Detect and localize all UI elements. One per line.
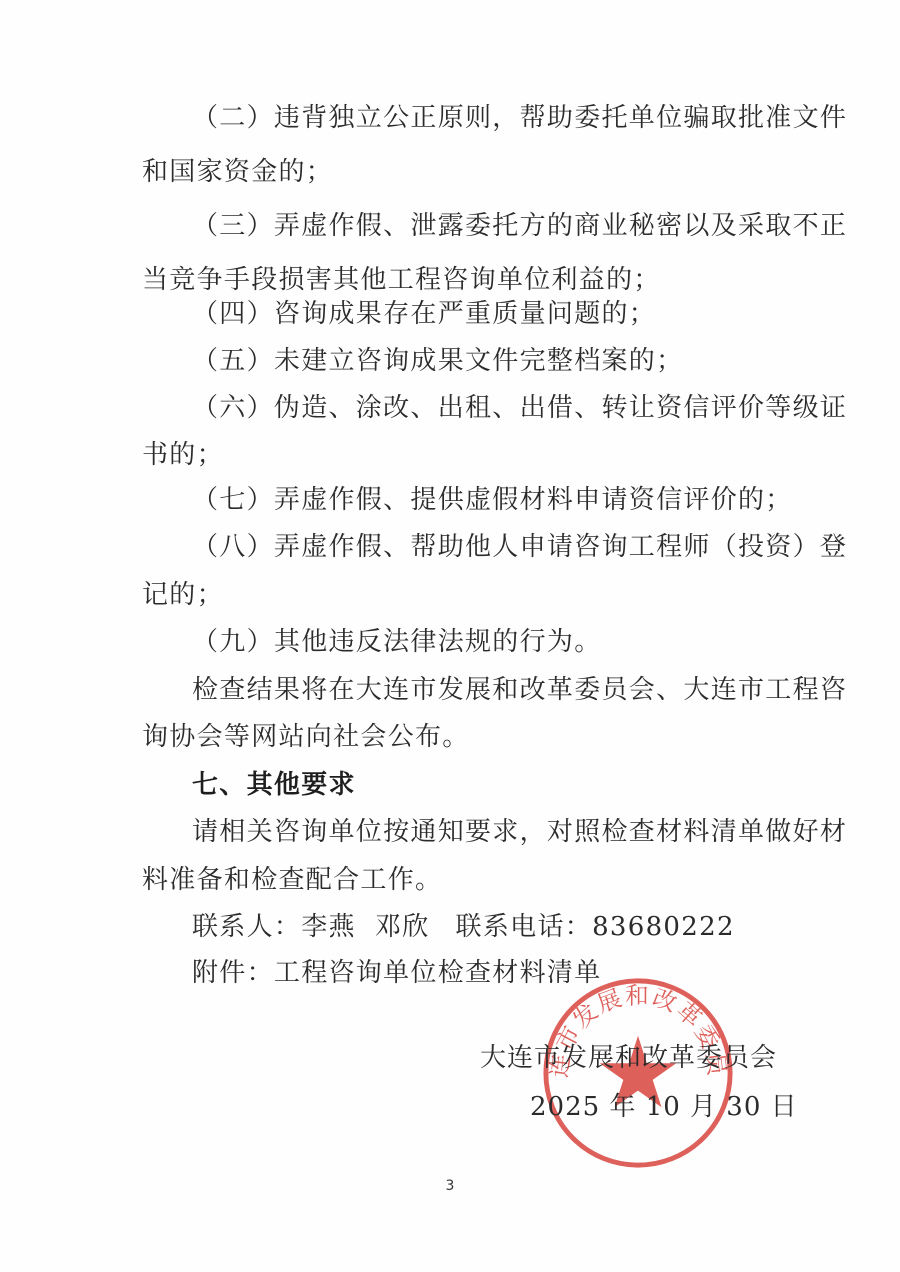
page-number: 3	[446, 1178, 455, 1194]
paragraph-line: 当竞争手段损害其他工程咨询单位利益的；	[142, 265, 782, 295]
attachment-line: 附件：工程咨询单位检查材料清单	[192, 958, 832, 988]
signing-organization: 大连市发展和改革委员会	[480, 1043, 777, 1073]
document-page: （二）违背独立公正原则，帮助委托单位骗取批准文件 和国家资金的； （三）弄虚作假…	[0, 0, 900, 1272]
paragraph-line: 记的；	[142, 580, 782, 610]
paragraph-line: （二）违背独立公正原则，帮助委托单位骗取批准文件	[192, 103, 832, 133]
attachment-label: 附件：	[192, 958, 274, 988]
paragraph-line: 检查结果将在大连市发展和改革委员会、大连市工程咨	[192, 675, 832, 705]
paragraph-line: 询协会等网站向社会公布。	[142, 722, 782, 752]
paragraph-line: （七）弄虚作假、提供虚假材料申请资信评价的；	[192, 485, 832, 515]
contact-names: 李燕 邓欣	[301, 912, 429, 942]
official-seal-icon: 大连市发展和改革委员会	[540, 975, 736, 1171]
paragraph-line: （五）未建立咨询成果文件完整档案的；	[192, 346, 832, 376]
signing-date: 2025 年 10 月 30 日	[530, 1092, 798, 1122]
paragraph-line: （六）伪造、涂改、出租、出借、转让资信评价等级证	[192, 393, 832, 423]
section-heading: 七、其他要求	[192, 770, 832, 800]
phone-number: 83680222	[592, 912, 735, 942]
paragraph-line: （八）弄虚作假、帮助他人申请咨询工程师（投资）登	[192, 532, 832, 562]
phone-label: 联系电话：	[456, 912, 593, 942]
paragraph-line: 书的；	[142, 440, 782, 470]
paragraph-line: （九）其他违反法律法规的行为。	[192, 627, 832, 657]
paragraph-line: 料准备和检查配合工作。	[142, 865, 782, 895]
contact-line: 联系人：李燕 邓欣联系电话：83680222	[192, 912, 832, 942]
contact-label: 联系人：	[192, 912, 301, 942]
paragraph-line: 和国家资金的；	[142, 157, 782, 187]
paragraph-line: （四）咨询成果存在严重质量问题的；	[192, 299, 832, 329]
paragraph-line: （三）弄虚作假、泄露委托方的商业秘密以及采取不正	[192, 211, 832, 241]
paragraph-line: 请相关咨询单位按通知要求，对照检查材料清单做好材	[192, 817, 832, 847]
